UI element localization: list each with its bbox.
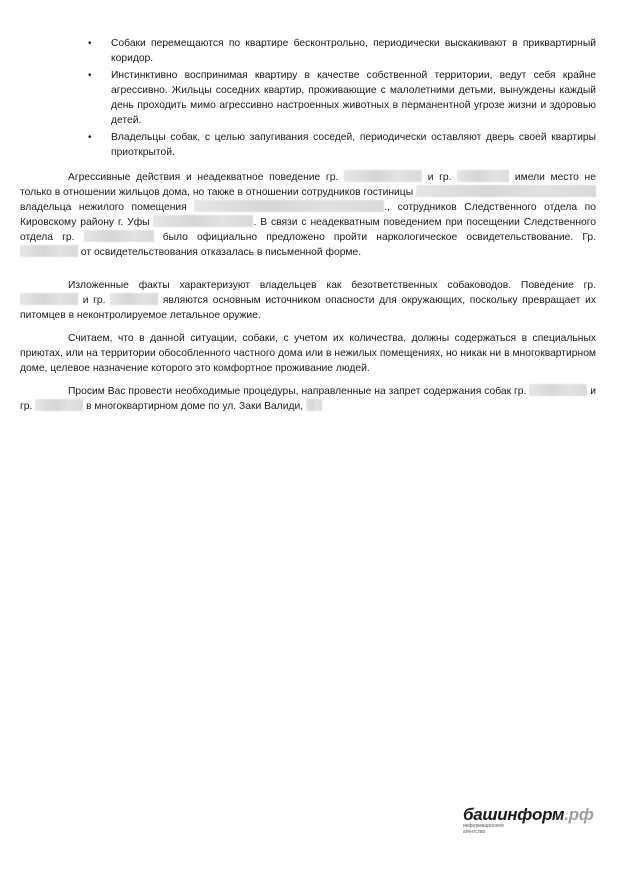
bullet-list: •Собаки перемещаются по квартире бесконт… (88, 36, 596, 162)
bullet-icon: • (88, 130, 92, 145)
redacted-name (344, 170, 422, 182)
redacted-name (110, 293, 158, 305)
list-item: •Владельцы собак, с целью запугивания со… (88, 130, 596, 160)
redacted-name (20, 245, 78, 257)
redacted-name (84, 230, 154, 242)
redacted-name (20, 293, 78, 305)
redacted-name (153, 215, 253, 227)
list-item: •Собаки перемещаются по квартире бесконт… (88, 36, 596, 66)
paragraph-aggressive-actions: Агрессивные действия и неадекватное пове… (20, 170, 596, 260)
bullet-icon: • (88, 68, 92, 83)
document-page: •Собаки перемещаются по квартире бесконт… (0, 0, 633, 889)
redacted-name (457, 170, 509, 182)
paragraph-conclusion: Изложенные факты характеризуют владельце… (20, 278, 596, 323)
paragraph-opinion: Считаем, что в данной ситуации, собаки, … (20, 331, 596, 376)
list-item: •Инстинктивно воспринимая квартиру в кач… (88, 68, 596, 128)
redacted-address (306, 399, 322, 411)
paragraph-request: Просим Вас провести необходимые процедур… (20, 384, 596, 414)
redacted-name (35, 399, 83, 411)
redacted-name (194, 200, 384, 212)
redacted-name (416, 185, 596, 197)
redacted-name (529, 384, 587, 396)
bullet-icon: • (88, 36, 92, 51)
watermark-logo: башинформ.рф информационноеагентство (463, 805, 593, 835)
